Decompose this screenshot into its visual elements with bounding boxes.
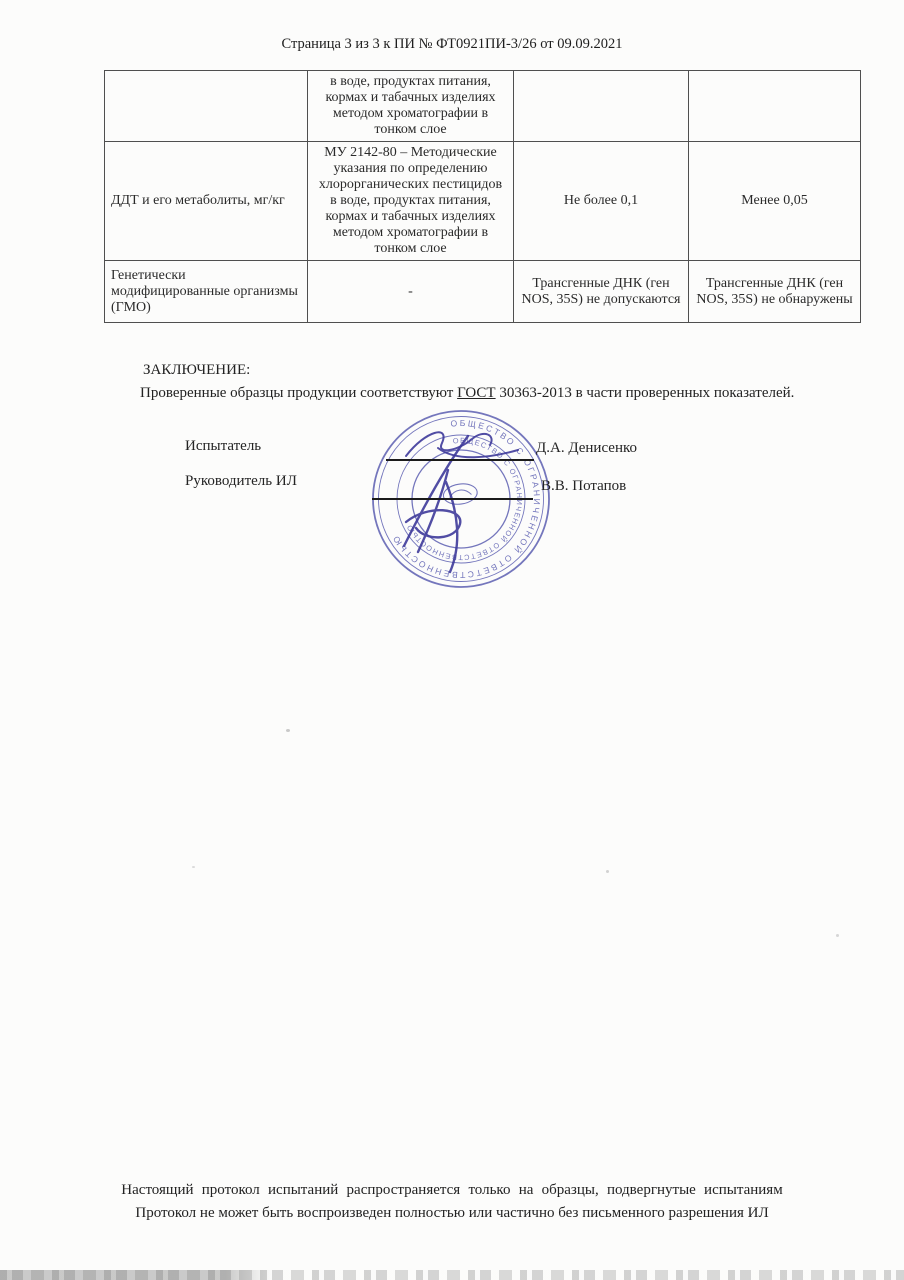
footer-disclaimer-1: Настоящий протокол испытаний распростран… <box>0 1182 904 1199</box>
scan-speck <box>286 729 290 732</box>
cell-parameter: Генетически модифицированные организмы (… <box>105 261 308 323</box>
cell-requirement <box>514 71 689 142</box>
scan-speck <box>192 866 195 868</box>
scan-speck <box>836 934 839 937</box>
scan-speck <box>606 870 609 873</box>
signature-line <box>372 498 533 500</box>
table-row: в воде, продуктах питания, кормах и таба… <box>105 71 861 142</box>
signature-role-tester: Испытатель <box>185 438 261 455</box>
signature-ink-head <box>388 426 503 578</box>
footer-disclaimer-2: Протокол не может быть воспроизведен пол… <box>0 1205 904 1222</box>
signature-name-head: В.В. Потапов <box>541 478 626 495</box>
cell-method: - <box>308 261 514 323</box>
results-table: в воде, продуктах питания, кормах и таба… <box>104 70 861 323</box>
cell-requirement: Трансгенные ДНК (ген NOS, 35S) не допуск… <box>514 261 689 323</box>
signature-name-tester: Д.А. Денисенко <box>536 440 637 457</box>
scan-edge-artifact <box>0 1270 904 1280</box>
scanned-protocol-page: Страница 3 из 3 к ПИ № ФТ0921ПИ-3/26 от … <box>0 0 904 1280</box>
cell-result: Трансгенные ДНК (ген NOS, 35S) не обнару… <box>689 261 861 323</box>
table-row: ДДТ и его метаболиты, мг/кг МУ 2142-80 –… <box>105 142 861 261</box>
cell-method: в воде, продуктах питания, кормах и таба… <box>308 71 514 142</box>
conclusion-title: ЗАКЛЮЧЕНИЕ: <box>143 362 250 379</box>
conclusion-text-after: 30363-2013 в части проверенных показател… <box>496 385 795 401</box>
cell-method: МУ 2142-80 – Методические указания по оп… <box>308 142 514 261</box>
conclusion-text-before: Проверенные образцы продукции соответств… <box>140 385 457 401</box>
signature-role-head: Руководитель ИЛ <box>185 473 297 490</box>
cell-requirement: Не более 0,1 <box>514 142 689 261</box>
cell-result <box>689 71 861 142</box>
cell-parameter: ДДТ и его метаболиты, мг/кг <box>105 142 308 261</box>
conclusion-standard: ГОСТ <box>457 385 495 401</box>
page-header: Страница 3 из 3 к ПИ № ФТ0921ПИ-3/26 от … <box>0 36 904 53</box>
table-row: Генетически модифицированные организмы (… <box>105 261 861 323</box>
conclusion-text: Проверенные образцы продукции соответств… <box>140 385 880 402</box>
cell-parameter <box>105 71 308 142</box>
signature-line <box>386 459 534 461</box>
cell-result: Менее 0,05 <box>689 142 861 261</box>
